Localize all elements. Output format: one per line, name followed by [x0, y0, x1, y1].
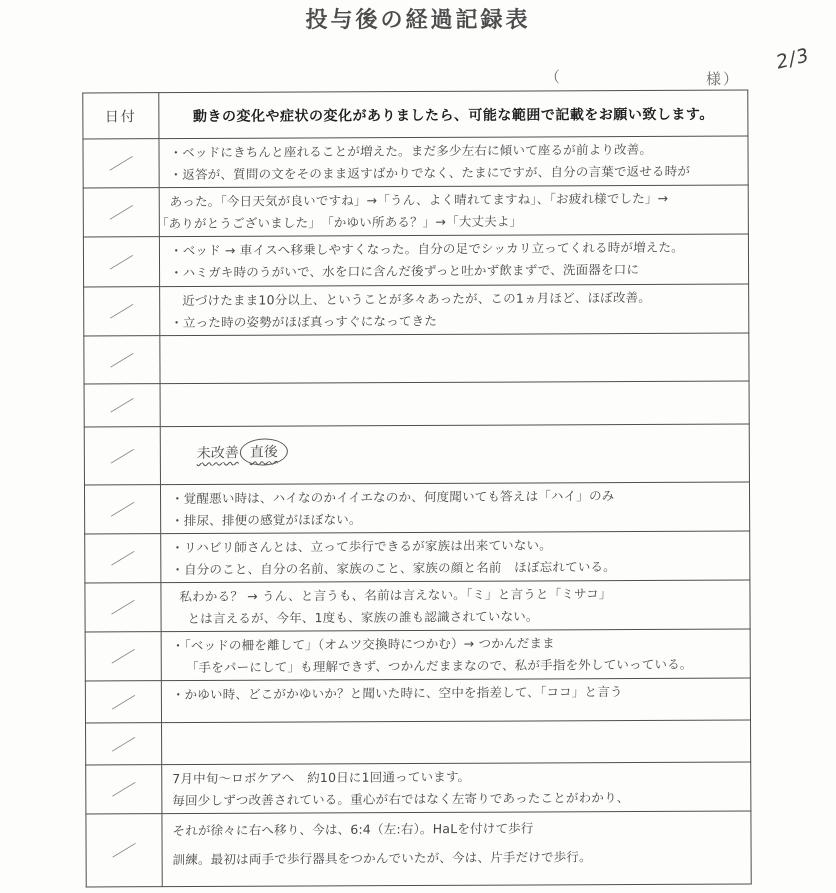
date-slash-mark: ／ — [108, 388, 136, 422]
note-cell — [160, 333, 749, 384]
note-cell: ・ベッド → 車イスへ移乗しやすくなった。自分の足でシッカリ立ってくれる時が増え… — [159, 234, 748, 287]
date-slash-mark: ／ — [109, 492, 137, 526]
table-header-row: 日付 動きの変化や症状の変化がありましたら、可能な範囲で記載をお願い致します。 — [83, 90, 748, 139]
date-cell: ／ — [85, 583, 161, 632]
note-line: ・返答が、質問の文をそのまま返すばかりでなく、たまにですが、自分の言葉で返せる時… — [169, 160, 743, 186]
table-row: ／・「ベッドの柵を離して」（オムツ交換時につかむ）→ つかんだまま「手をパーにし… — [85, 629, 750, 681]
table-row: ／それが徐々に右へ移り、今は、6:4（左:右）。HaLを付けて歩行訓練。最初は両… — [86, 811, 751, 887]
date-slash-mark: ／ — [109, 590, 137, 624]
note-cell: ・覚醒悪い時は、ハイなのかイイエなのか、何度聞いても答えは「ハイ」のみ・排尿、排… — [160, 482, 749, 534]
note-line: 「手をパーにして」も理解できず、つかんだままなので、私が手指を外していっている。 — [186, 653, 746, 678]
table-row: ／ — [86, 720, 751, 765]
table-row: ／7月中旬～ロボケアへ 約10日に1回通っています。毎回少しずつ改善されている。… — [86, 762, 751, 814]
date-cell: ／ — [84, 427, 160, 485]
annotation-circled: 直後 — [240, 438, 288, 466]
page-number: 2/3 — [776, 44, 810, 74]
note-cell: あった。「今日天気が良いですね」→「うん、よく晴れてますね」、「お疲れ様でした」… — [159, 185, 748, 237]
table-row: ／・ベッド → 車イスへ移乗しやすくなった。自分の足でシッカリ立ってくれる時が増… — [83, 234, 748, 287]
table-row: ／近づけたまま10分以上、ということが多々あったが、この1ヵ月ほど、ほぼ改善。・… — [84, 284, 749, 336]
note-line: ・かゆい時、どこがかゆいか？と聞いた時に、空中を指差して、「ココ」と言う — [172, 680, 746, 706]
note-line: 訓練。最初は両手で歩行器具をつかんでいたが、今は、片手だけで歩行。 — [172, 842, 747, 875]
date-cell: ／ — [83, 139, 159, 188]
note-cell: 私わかる？ → うん、と言うも、名前は言えない。「ミ」と言うと「ミサコ」とは言え… — [161, 580, 750, 632]
note-cell: ・ベッドにきちんと座れることが増えた。まだ多少左右に傾いて座るが前より改善。・返… — [159, 136, 748, 188]
note-cell: ・かゆい時、どこがかゆいか？と聞いた時に、空中を指差して、「ココ」と言う — [161, 678, 750, 723]
date-slash-mark: ／ — [108, 294, 136, 328]
page-title: 投与後の経過記録表 — [0, 3, 836, 34]
table-row: ／未改善直後 — [84, 424, 749, 485]
document-page: 投与後の経過記録表 （ 様） 2/3 日付 動きの変化や症状の変化がありましたら… — [0, 0, 836, 893]
table-row: ／ — [84, 381, 749, 427]
note-cell: 7月中旬～ロボケアへ 約10日に1回通っています。毎回少しずつ改善されている。重… — [162, 762, 751, 814]
note-line: それが徐々に右へ移り、今は、6:4（左:右）。HaLを付けて歩行 — [172, 813, 747, 846]
date-cell: ／ — [86, 765, 162, 814]
date-cell: ／ — [85, 681, 161, 723]
date-slash-mark: ／ — [107, 146, 135, 180]
date-slash-mark: ／ — [108, 343, 136, 377]
table-row: ／私わかる？ → うん、と言うも、名前は言えない。「ミ」と言うと「ミサコ」とは言… — [85, 580, 750, 632]
note-cell: ・リハビリ師さんとは、立って歩行できるが家族は出来ていない。・自分のこと、自分の… — [161, 531, 750, 583]
date-slash-mark: ／ — [110, 727, 138, 761]
date-slash-mark: ／ — [109, 639, 137, 673]
note-cell: それが徐々に右へ移り、今は、6:4（左:右）。HaLを付けて歩行訓練。最初は両手… — [162, 811, 751, 887]
date-slash-mark: ／ — [109, 541, 137, 575]
note-line: とは言えるが、今年、1度も、家族の誰も認識されていない。 — [187, 604, 745, 629]
date-cell: ／ — [85, 534, 161, 583]
note-cell: ・「ベッドの柵を離して」（オムツ交換時につかむ）→ つかんだまま「手をパーにして… — [161, 629, 750, 681]
date-slash-mark: ／ — [109, 439, 137, 473]
date-cell: ／ — [83, 188, 159, 237]
date-cell: ／ — [86, 723, 162, 765]
table-row: ／ — [84, 333, 749, 384]
date-cell: ／ — [83, 237, 159, 287]
date-cell: ／ — [84, 287, 160, 336]
date-cell: ／ — [86, 814, 162, 887]
annotation: 未改善直後 — [197, 428, 746, 467]
note-cell: 近づけたまま10分以上、ということが多々あったが、この1ヵ月ほど、ほぼ改善。・立… — [160, 284, 749, 336]
note-line: ・自分のこと、自分の名前、家族のこと、家族の顔と名前 ほぼ忘れている。 — [171, 555, 745, 581]
name-line: （ 様） 2/3 — [0, 66, 836, 90]
date-cell: ／ — [84, 485, 160, 534]
date-column-header: 日付 — [83, 93, 159, 139]
note-line: ・ハミガキ時のうがいで、水を口に含んだ後ずっと吐かず飲まずで、洗面器を口に — [170, 258, 744, 284]
date-slash-mark: ／ — [110, 772, 138, 806]
table-row: ／・かゆい時、どこがかゆいか？と聞いた時に、空中を指差して、「ココ」と言う — [85, 678, 750, 723]
date-cell: ／ — [84, 384, 160, 427]
annotation-text: 未改善 — [197, 445, 239, 462]
name-paren-open: （ — [545, 66, 560, 87]
table-row: ／・リハビリ師さんとは、立って歩行できるが家族は出来ていない。・自分のこと、自分… — [85, 531, 750, 583]
note-cell: 未改善直後 — [160, 424, 749, 485]
note-line: ・立った時の姿勢がほぼ真っすぐになってきた — [170, 308, 744, 334]
table-row: ／・覚醒悪い時は、ハイなのかイイエなのか、何度聞いても答えは「ハイ」のみ・排尿、… — [84, 482, 749, 534]
date-slash-mark: ／ — [110, 685, 138, 719]
note-cell — [162, 720, 751, 765]
note-cell — [160, 381, 749, 427]
date-cell: ／ — [85, 632, 161, 681]
note-line: ・排尿、排便の感覚がほぼない。 — [171, 506, 745, 532]
note-line: 「ありがとうございました」 「かゆい所ある？」→「大丈夫よ」 — [156, 209, 744, 235]
instruction-header: 動きの変化や症状の変化がありましたら、可能な範囲で記載をお願い致します。 — [159, 90, 748, 139]
record-table: 日付 動きの変化や症状の変化がありましたら、可能な範囲で記載をお願い致します。 … — [82, 90, 751, 888]
date-slash-mark: ／ — [108, 195, 136, 229]
name-honorific-suffix: 様） — [706, 68, 740, 89]
note-line: 毎回少しずつ改善されている。重心が右ではなく左寄りであったことがわかり、 — [172, 786, 746, 812]
date-slash-mark: ／ — [110, 833, 138, 867]
date-cell: ／ — [84, 336, 160, 384]
date-slash-mark: ／ — [108, 245, 136, 279]
table-row: ／・ベッドにきちんと座れることが増えた。まだ多少左右に傾いて座るが前より改善。・… — [83, 136, 748, 188]
table-body: ／・ベッドにきちんと座れることが増えた。まだ多少左右に傾いて座るが前より改善。・… — [83, 136, 751, 887]
table-row: ／あった。「今日天気が良いですね」→「うん、よく晴れてますね」、「お疲れ様でした… — [83, 185, 748, 237]
